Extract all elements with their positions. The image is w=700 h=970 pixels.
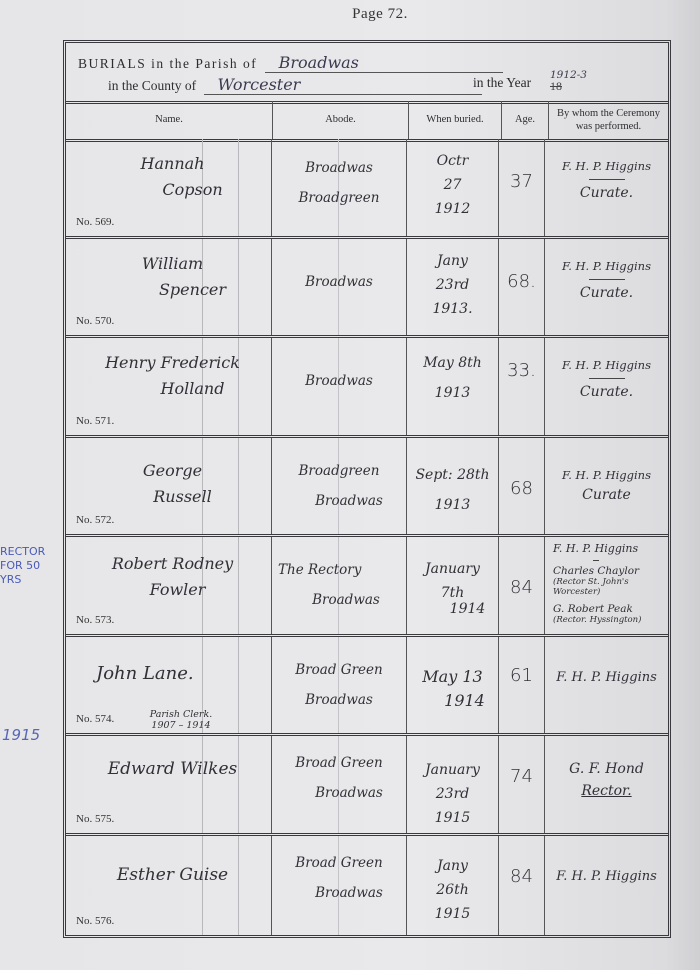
entry-abode: Broad Green Broadwas [272, 836, 407, 936]
entry-row: Robert Rodney Fowler No. 573. The Rector… [66, 537, 668, 637]
officiant-name: Charles Chaylor [553, 565, 664, 577]
entry-name-cell: Esther Guise No. 576. [66, 836, 272, 936]
entry-number: No. 573. [76, 614, 114, 626]
name-line: Russell [84, 484, 261, 510]
age-value: 68 [499, 478, 544, 499]
entry-age: 84 [499, 537, 545, 634]
county-value: Worcester [204, 75, 482, 95]
abode-line: Broad Green [278, 848, 400, 878]
entry-number: No. 572. [76, 514, 114, 526]
abode-line: The Rectory [278, 555, 400, 585]
entry-number: No. 570. [76, 315, 114, 327]
officiant-name: G. Robert Peak [553, 603, 664, 615]
date-line: January [409, 557, 496, 581]
entry-abode: Broadwas [272, 239, 407, 336]
entry-number: No. 571. [76, 415, 114, 427]
entry-when-buried: May 8th 1913 [407, 338, 499, 435]
abode-line: Broadwas [278, 778, 400, 808]
note-line: 1907 – 1914 [136, 720, 226, 731]
entry-name: Hannah Copson [84, 151, 261, 203]
officiant-name: F. H. P. Higgins [562, 159, 651, 173]
divider [593, 560, 599, 561]
officiant-name: F. H. P. Higgins [562, 358, 651, 372]
officiant-title: Curate [549, 488, 664, 502]
entry-age: 37 [499, 139, 545, 236]
abode-line: Broad Green [278, 655, 400, 685]
entry-name-note: Parish Clerk. 1907 – 1914 [136, 709, 226, 731]
entry-name-cell: John Lane. Parish Clerk. 1907 – 1914 No.… [66, 637, 272, 734]
entry-name-cell: Robert Rodney Fowler No. 573. [66, 537, 272, 634]
col-by-whom: By whom the Ceremony was performed. [549, 101, 668, 139]
parish-value: Broadwas [265, 53, 503, 73]
col-age: Age. [502, 101, 549, 139]
abode-line: Broadwas [278, 585, 400, 615]
date-line: Jany [409, 249, 496, 273]
year-value: 1912-3 [550, 69, 587, 81]
entry-row: William Spencer No. 570. Broadwas Jany 2… [66, 239, 668, 339]
entry-when-buried: Octr 27 1912 [407, 139, 499, 236]
name-line: William [84, 251, 261, 277]
entry-officiant: F. H. P. Higgins [545, 836, 668, 936]
date-line: 1915 [409, 902, 496, 926]
name-line: Spencer [84, 277, 261, 303]
date-line: 23rd [409, 782, 496, 806]
entry-officiant: F. H. P. Higgins [545, 637, 668, 734]
officiant-name: F. H. P. Higgins [553, 542, 638, 555]
entry-age: 84 [499, 836, 545, 936]
abode-line: Broadwas [278, 153, 400, 183]
entry-name: George Russell [84, 458, 261, 510]
officiant-name: G. F. Hond [569, 761, 644, 777]
page-number: Page 72. [0, 6, 700, 23]
entry-number: No. 576. [76, 915, 114, 927]
entries: Hannah Copson No. 569. Broadwas Broadgre… [66, 139, 668, 935]
name-line: Copson [84, 177, 261, 203]
entry-number: No. 569. [76, 216, 114, 228]
entry-name: John Lane. [96, 661, 261, 687]
date-line: Jany [409, 854, 496, 878]
age-value: 33. [499, 360, 544, 381]
entry-name-cell: Hannah Copson No. 569. [66, 139, 272, 236]
abode-line: Broadwas [278, 878, 400, 908]
entry-row: Henry Frederick Holland No. 571. Broadwa… [66, 338, 668, 438]
date-line: 1913 [409, 378, 496, 408]
entry-officiant: F. H. P. Higgins Curate [545, 438, 668, 535]
entry-row: Edward Wilkes No. 575. Broad Green Broad… [66, 736, 668, 836]
col-abode: Abode. [273, 101, 409, 139]
officiant-name: F. H. P. Higgins [556, 670, 657, 685]
name-line: Henry Frederick [84, 350, 261, 376]
abode-line: Broadwas [278, 366, 400, 396]
date-line: 1914 [409, 597, 496, 621]
entry-name-cell: William Spencer No. 570. [66, 239, 272, 336]
date-line: May 13 [409, 665, 496, 689]
entry-officiant: F. H. P. Higgins Curate. [545, 139, 668, 236]
abode-line: Broadwas [278, 267, 400, 297]
name-line: Esther Guise [84, 862, 261, 888]
entry-age: 33. [499, 338, 545, 435]
entry-abode: Broadwas Broadgreen [272, 139, 407, 236]
age-value: 37 [499, 171, 544, 192]
abode-line: Broadwas [278, 685, 400, 715]
entry-age: 61 [499, 637, 545, 734]
abode-line: Broadwas [278, 486, 400, 516]
entry-name-cell: Henry Frederick Holland No. 571. [66, 338, 272, 435]
entry-row: John Lane. Parish Clerk. 1907 – 1914 No.… [66, 637, 668, 737]
note-line: Parish Clerk. [136, 709, 226, 720]
date-line: Sept: 28th [409, 460, 496, 490]
entry-abode: Broad Green Broadwas [272, 637, 407, 734]
name-line: Hannah [84, 151, 261, 177]
name-line: Holland [84, 376, 261, 402]
age-value: 61 [499, 665, 544, 686]
entry-row: Hannah Copson No. 569. Broadwas Broadgre… [66, 139, 668, 239]
parish-label: BURIALS in the Parish of [78, 56, 257, 71]
entry-when-buried: Jany 23rd 1913. [407, 239, 499, 336]
col-name: Name. [66, 101, 273, 139]
entry-name: Edward Wilkes [84, 756, 261, 782]
entry-name: Esther Guise [84, 862, 261, 888]
name-line: George [84, 458, 261, 484]
age-value: 84 [499, 866, 544, 887]
entry-row: George Russell No. 572. Broadgreen Broad… [66, 438, 668, 538]
abode-line: Broadgreen [278, 456, 400, 486]
officiant-name: F. H. P. Higgins [562, 259, 651, 273]
column-headers: Name. Abode. When buried. Age. By whom t… [66, 101, 668, 142]
divider [589, 179, 625, 180]
divider [589, 378, 625, 379]
entry-when-buried: Sept: 28th 1913 [407, 438, 499, 535]
entry-officiant: F. H. P. Higgins Curate. [545, 239, 668, 336]
entry-officiant: G. F. Hond Rector. [545, 736, 668, 833]
entry-when-buried: January 7th 1914 [407, 537, 499, 634]
date-line: January [409, 758, 496, 782]
entry-abode: Broadwas [272, 338, 407, 435]
entry-age: 74 [499, 736, 545, 833]
entry-number: No. 575. [76, 813, 114, 825]
name-line: Edward Wilkes [84, 756, 261, 782]
officiant-title: Rector. [549, 784, 664, 798]
register-heading: BURIALS in the Parish of Broadwas in the… [66, 43, 668, 104]
age-value: 84 [499, 577, 544, 598]
entry-age: 68 [499, 438, 545, 535]
entry-age: 68. [499, 239, 545, 336]
officiant-title: Curate. [549, 385, 664, 399]
officiant-name: F. H. P. Higgins [562, 468, 651, 482]
margin-note-rector: RECTOR FOR 50 YRS [0, 545, 60, 587]
county-label: in the County of [108, 78, 196, 93]
county-line: in the County of Worcester [108, 75, 486, 95]
entry-abode: The Rectory Broadwas [272, 537, 407, 634]
date-line: 26th [409, 878, 496, 902]
entry-name-cell: Edward Wilkes No. 575. [66, 736, 272, 833]
entry-when-buried: Jany 26th 1915 [407, 836, 499, 936]
entry-officiant: F. H. P. Higgins Charles Chaylor (Rector… [545, 537, 668, 634]
date-line: 1915 [409, 806, 496, 830]
entry-officiant: F. H. P. Higgins Curate. [545, 338, 668, 435]
date-line: May 8th [409, 348, 496, 378]
entry-when-buried: May 13 1914 [407, 637, 499, 734]
col-when-buried: When buried. [409, 101, 502, 139]
date-line: 1914 [409, 689, 496, 713]
officiant-title: Curate. [549, 186, 664, 200]
officiant-title: (Rector St. John's Worcester) [553, 577, 664, 597]
burial-register: BURIALS in the Parish of Broadwas in the… [63, 40, 671, 938]
abode-line: Broadgreen [278, 183, 400, 213]
entry-abode: Broad Green Broadwas [272, 736, 407, 833]
entry-when-buried: January 23rd 1915 [407, 736, 499, 833]
divider [589, 279, 625, 280]
officiant-title: (Rector. Hyssington) [553, 615, 664, 625]
entry-row: Esther Guise No. 576. Broad Green Broadw… [66, 836, 668, 936]
date-line: 1913 [409, 490, 496, 520]
officiant-name: F. H. P. Higgins [556, 869, 657, 884]
margin-note-year: 1915 [2, 728, 40, 742]
entry-number: No. 574. [76, 713, 114, 725]
date-line: Octr [409, 149, 496, 173]
age-value: 74 [499, 766, 544, 787]
date-line: 27 [409, 173, 496, 197]
parish-line: BURIALS in the Parish of Broadwas [78, 53, 507, 73]
date-line: 1913. [409, 297, 496, 321]
entry-name: William Spencer [84, 251, 261, 303]
date-line: 1912 [409, 197, 496, 221]
name-line: Robert Rodney [84, 551, 261, 577]
date-line: 23rd [409, 273, 496, 297]
entry-name-cell: George Russell No. 572. [66, 438, 272, 535]
year-label: in the Year [473, 75, 531, 91]
entry-name: Robert Rodney Fowler [84, 551, 261, 603]
year-printed-struck: 18 [550, 79, 562, 94]
name-line: John Lane. [96, 661, 261, 687]
name-line: Fowler [84, 577, 261, 603]
officiant-title: Curate. [549, 286, 664, 300]
entry-abode: Broadgreen Broadwas [272, 438, 407, 535]
abode-line: Broad Green [278, 748, 400, 778]
age-value: 68. [499, 271, 544, 292]
entry-name: Henry Frederick Holland [84, 350, 261, 402]
